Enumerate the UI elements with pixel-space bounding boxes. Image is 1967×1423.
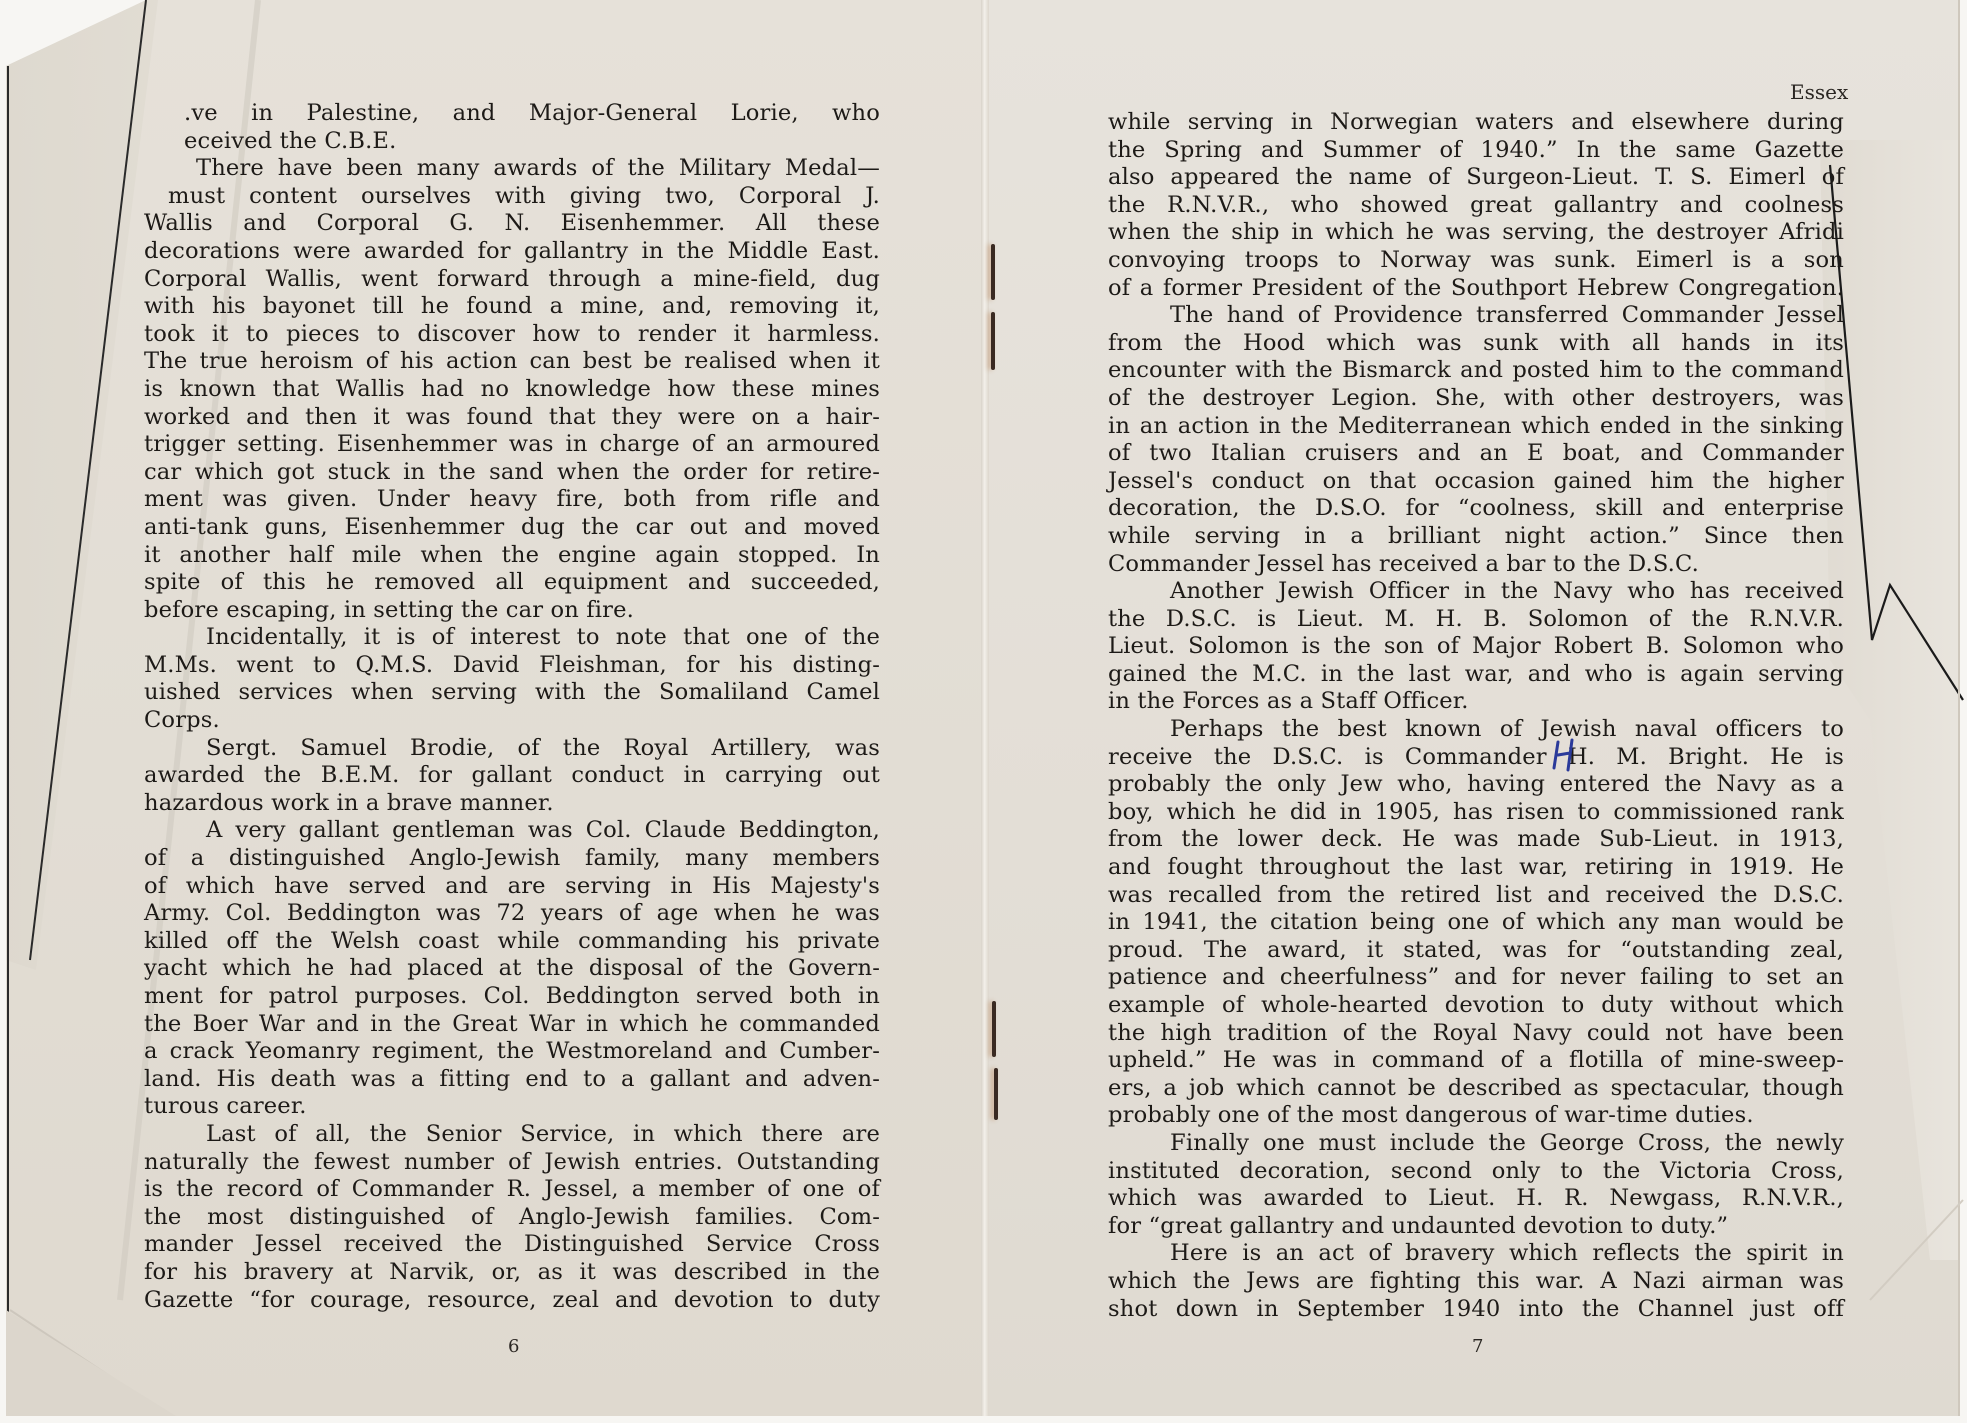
text-line: in the Forces as a Staff Officer.: [1108, 688, 1844, 716]
page-number-right: 7: [1472, 1336, 1483, 1357]
text-line: Corps.: [144, 707, 880, 735]
text-line: the Boer War and in the Great War in whi…: [144, 1011, 880, 1039]
right-page-text: while serving in Norwegian waters and el…: [1108, 109, 1844, 1323]
text-line: ment was given. Under heavy fire, both f…: [144, 486, 880, 514]
text-line: .ve in Palestine, and Major-General Lori…: [144, 100, 880, 128]
text-line: for “great gallantry and undaunted devot…: [1108, 1213, 1844, 1241]
text-line: Perhaps the best known of Jewish naval o…: [1108, 716, 1844, 744]
page-number-left: 6: [508, 1336, 519, 1357]
text-line: proud. The award, it stated, was for “ou…: [1108, 937, 1844, 965]
text-line: Lieut. Solomon is the son of Major Rober…: [1108, 633, 1844, 661]
text-line: A very gallant gentleman was Col. Claude…: [144, 817, 880, 845]
text-line: decoration, the D.S.O. for “coolness, sk…: [1108, 495, 1844, 523]
text-line: Wallis and Corporal G. N. Eisenhemmer. A…: [144, 210, 880, 238]
text-line: the D.S.C. is Lieut. M. H. B. Solomon of…: [1108, 606, 1844, 634]
text-line: ers, a job which cannot be described as …: [1108, 1075, 1844, 1103]
text-line: it another half mile when the engine aga…: [144, 542, 880, 570]
text-line: for his bravery at Narvik, or, as it was…: [144, 1259, 880, 1287]
text-line: There have been many awards of the Milit…: [144, 155, 880, 183]
text-line: anti-tank guns, Eisenhemmer dug the car …: [144, 514, 880, 542]
text-line: uished services when serving with the So…: [144, 679, 880, 707]
text-line: was recalled from the retired list and r…: [1108, 882, 1844, 910]
text-line: Incidentally, it is of interest to note …: [144, 624, 880, 652]
text-line: probably one of the most dangerous of wa…: [1108, 1102, 1844, 1130]
text-line: while serving in a brilliant night actio…: [1108, 523, 1844, 551]
text-line: probably the only Jew who, having entere…: [1108, 771, 1844, 799]
text-line: Commander Jessel has received a bar to t…: [1108, 551, 1844, 579]
left-page-text: .ve in Palestine, and Major-General Lori…: [144, 100, 880, 1314]
text-line: with his bayonet till he found a mine, a…: [144, 293, 880, 321]
text-line: Corporal Wallis, went forward through a …: [144, 266, 880, 294]
text-line: shot down in September 1940 into the Cha…: [1108, 1296, 1844, 1324]
text-line: convoying troops to Norway was sunk. Eim…: [1108, 247, 1844, 275]
text-line: patience and cheerfulness” and for never…: [1108, 964, 1844, 992]
text-line: mander Jessel received the Distinguished…: [144, 1231, 880, 1259]
text-line: decorations were awarded for gallantry i…: [144, 238, 880, 266]
text-line: from the lower deck. He was made Sub-Lie…: [1108, 826, 1844, 854]
text-line: upheld.” He was in command of a flotilla…: [1108, 1047, 1844, 1075]
text-line: the R.N.V.R., who showed great gallantry…: [1108, 192, 1844, 220]
text-line: gained the M.C. in the last war, and who…: [1108, 661, 1844, 689]
text-line: receive the D.S.C. is Commander H. M. Br…: [1108, 744, 1844, 772]
text-line: must content ourselves with giving two, …: [144, 183, 880, 211]
text-line: before escaping, in setting the car on f…: [144, 597, 880, 625]
text-line: land. His death was a fitting end to a g…: [144, 1066, 880, 1094]
text-line: awarded the B.E.M. for gallant conduct i…: [144, 762, 880, 790]
text-line: is the record of Commander R. Jessel, a …: [144, 1176, 880, 1204]
text-line: Here is an act of bravery which reflects…: [1108, 1240, 1844, 1268]
text-line: took it to pieces to discover how to ren…: [144, 321, 880, 349]
text-line: hazardous work in a brave manner.: [144, 790, 880, 818]
running-head: Essex: [1790, 80, 1848, 104]
staple-bottom-lower: [994, 1068, 998, 1120]
text-line: is known that Wallis had no knowledge ho…: [144, 376, 880, 404]
text-line: Gazette “for courage, resource, zeal and…: [144, 1287, 880, 1315]
text-line: instituted decoration, second only to th…: [1108, 1158, 1844, 1186]
staple-top-lower: [991, 312, 995, 370]
text-line: also appeared the name of Surgeon-Lieut.…: [1108, 164, 1844, 192]
text-line: of a former President of the Southport H…: [1108, 275, 1844, 303]
text-line: example of whole-hearted devotion to dut…: [1108, 992, 1844, 1020]
text-line: Finally one must include the George Cros…: [1108, 1130, 1844, 1158]
text-line: Jessel's conduct on that occasion gained…: [1108, 468, 1844, 496]
text-line: which the Jews are fighting this war. A …: [1108, 1268, 1844, 1296]
text-line: from the Hood which was sunk with all ha…: [1108, 330, 1844, 358]
text-line: worked and then it was found that they w…: [144, 404, 880, 432]
text-line: Army. Col. Beddington was 72 years of ag…: [144, 900, 880, 928]
text-line: spite of this he removed all equipment a…: [144, 569, 880, 597]
text-line: of the destroyer Legion. She, with other…: [1108, 385, 1844, 413]
text-line: car which got stuck in the sand when the…: [144, 459, 880, 487]
text-line: turous career.: [144, 1093, 880, 1121]
text-line: and fought throughout the last war, reti…: [1108, 854, 1844, 882]
text-line: a crack Yeomanry regiment, the Westmorel…: [144, 1038, 880, 1066]
staple-top-upper: [991, 244, 995, 300]
text-line: of which have served and are serving in …: [144, 873, 880, 901]
text-line: in 1941, the citation being one of which…: [1108, 909, 1844, 937]
text-line: in an action in the Mediterranean which …: [1108, 413, 1844, 441]
text-line: trigger setting. Eisenhemmer was in char…: [144, 431, 880, 459]
staple-bottom-upper: [992, 1001, 996, 1057]
text-line: the most distinguished of Anglo-Jewish f…: [144, 1204, 880, 1232]
text-line: naturally the fewest number of Jewish en…: [144, 1149, 880, 1177]
text-line: of two Italian cruisers and an E boat, a…: [1108, 440, 1844, 468]
text-line: while serving in Norwegian waters and el…: [1108, 109, 1844, 137]
text-line: encounter with the Bismarck and posted h…: [1108, 357, 1844, 385]
text-line: Another Jewish Officer in the Navy who h…: [1108, 578, 1844, 606]
text-line: which was awarded to Lieut. H. R. Newgas…: [1108, 1185, 1844, 1213]
spine-gutter: [981, 0, 989, 1416]
booklet-spread: .ve in Palestine, and Major-General Lori…: [0, 0, 1967, 1423]
text-line: killed off the Welsh coast while command…: [144, 928, 880, 956]
text-line: of a distinguished Anglo-Jewish family, …: [144, 845, 880, 873]
text-line: the high tradition of the Royal Navy cou…: [1108, 1020, 1844, 1048]
text-line: eceived the C.B.E.: [144, 128, 880, 156]
text-line: M.Ms. went to Q.M.S. David Fleishman, fo…: [144, 652, 880, 680]
text-line: the Spring and Summer of 1940.” In the s…: [1108, 137, 1844, 165]
text-line: boy, which he did in 1905, has risen to …: [1108, 799, 1844, 827]
text-line: ment for patrol purposes. Col. Beddingto…: [144, 983, 880, 1011]
text-line: when the ship in which he was serving, t…: [1108, 219, 1844, 247]
text-line: The true heroism of his action can best …: [144, 348, 880, 376]
text-line: Sergt. Samuel Brodie, of the Royal Artil…: [144, 735, 880, 763]
text-line: The hand of Providence transferred Comma…: [1108, 302, 1844, 330]
text-line: Last of all, the Senior Service, in whic…: [144, 1121, 880, 1149]
text-line: yacht which he had placed at the disposa…: [144, 955, 880, 983]
